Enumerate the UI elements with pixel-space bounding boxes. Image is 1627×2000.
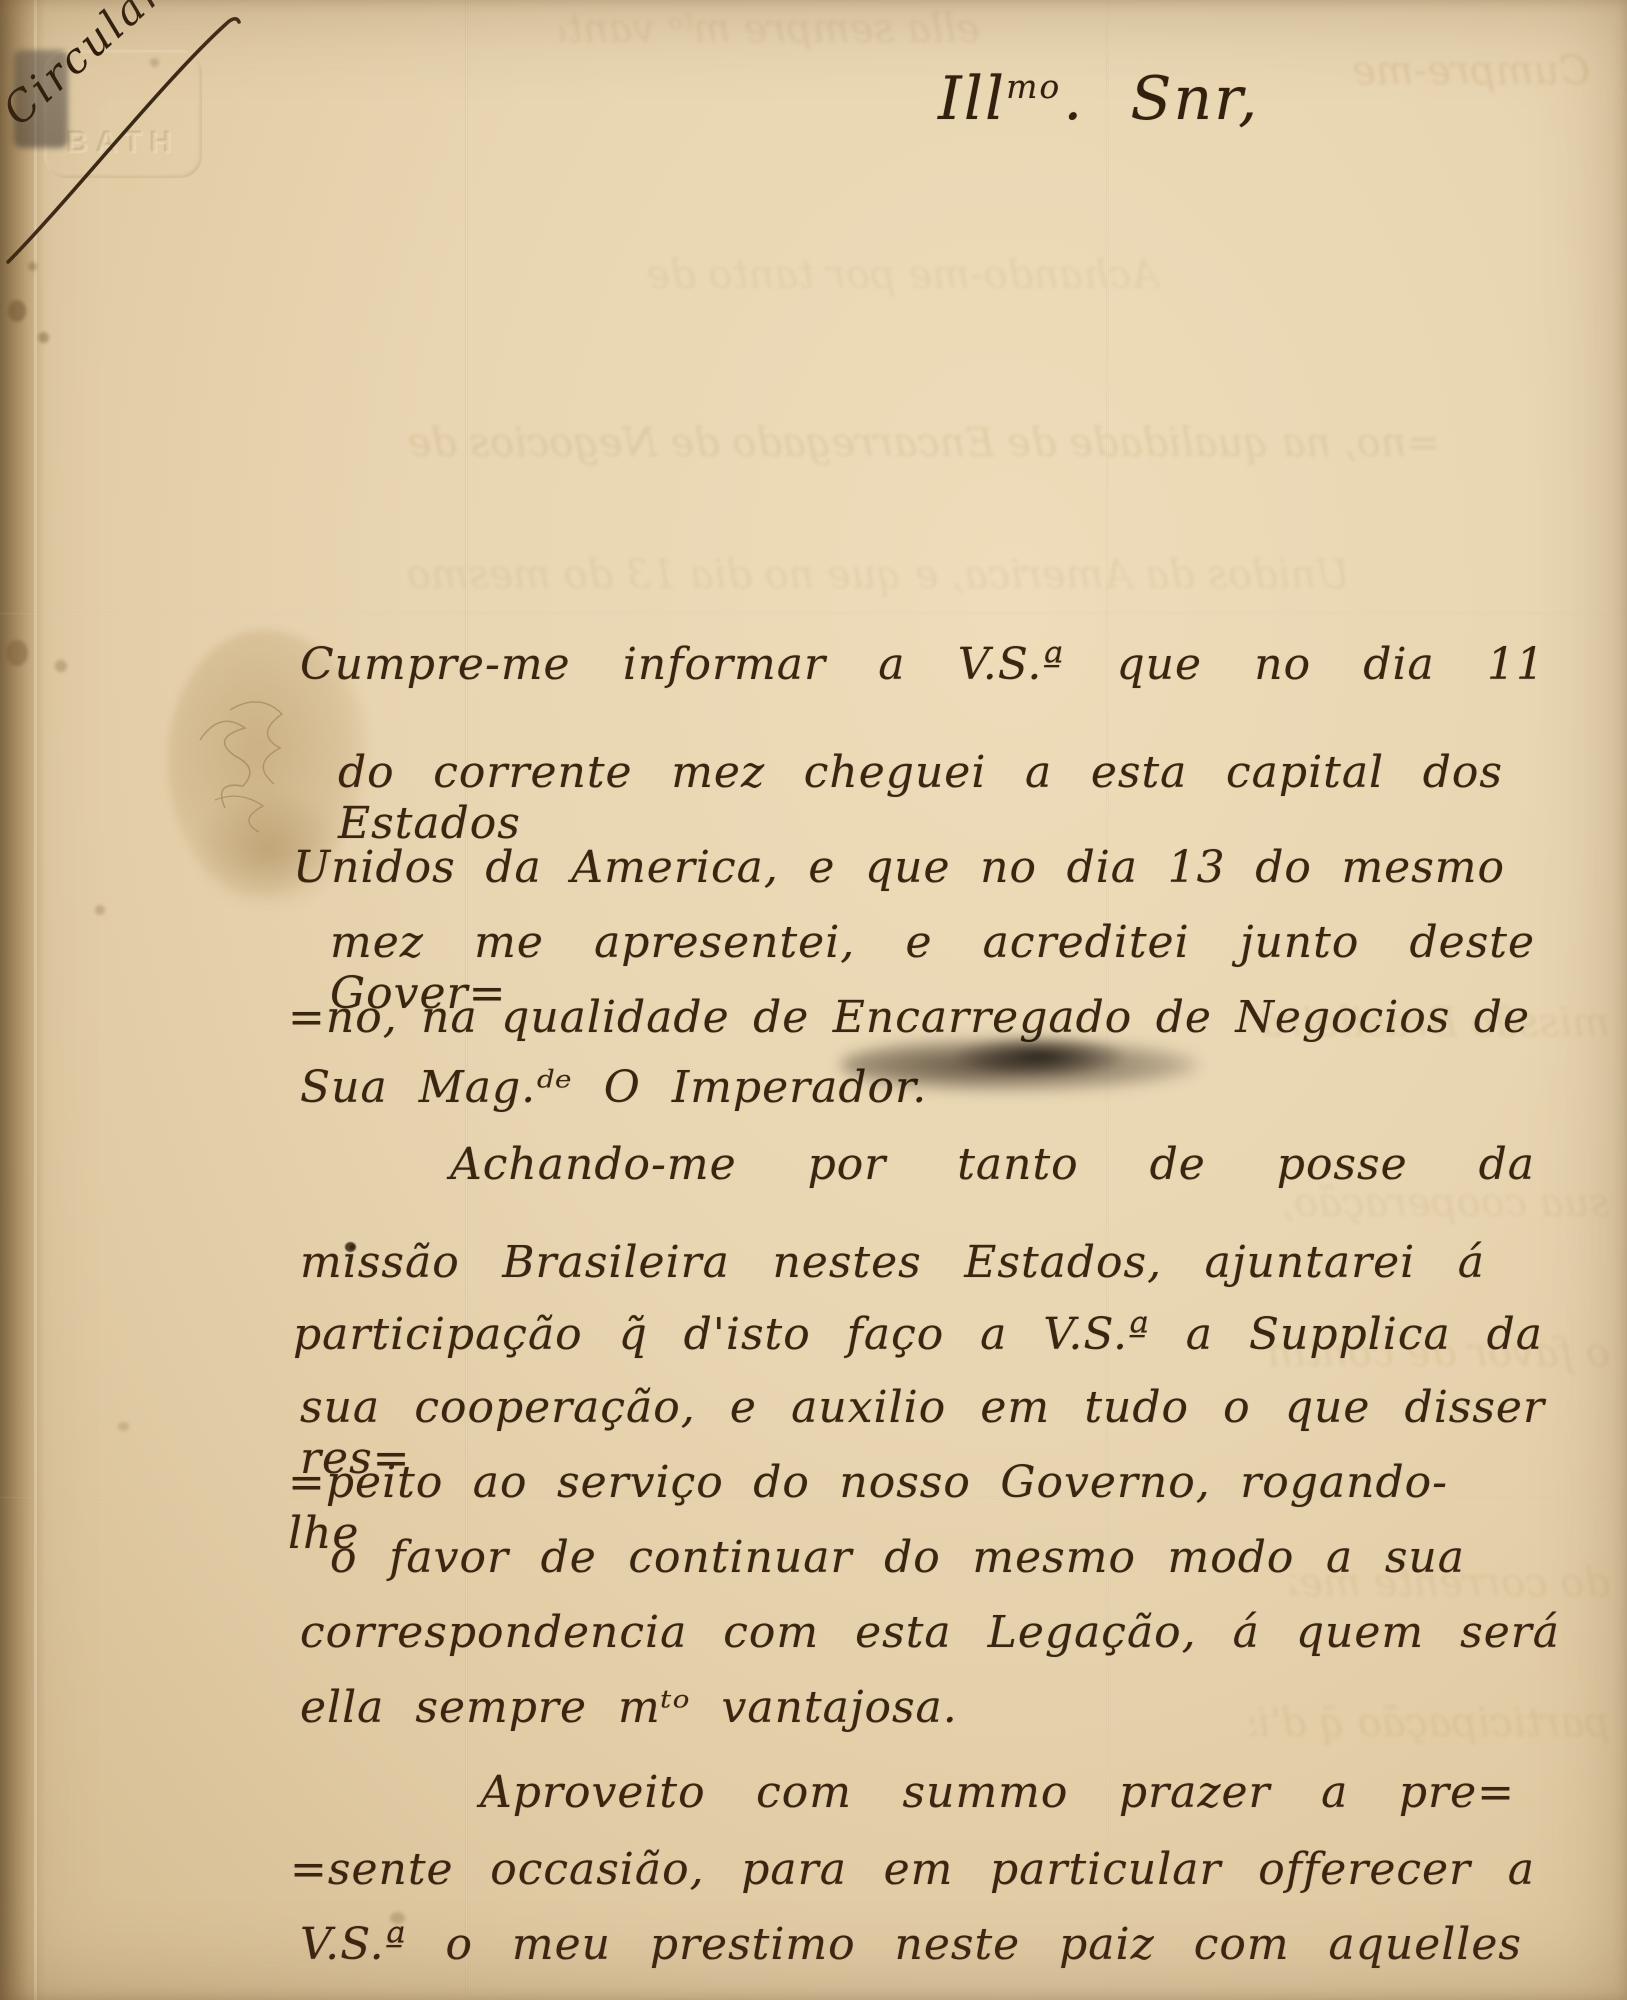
foxing-spot bbox=[6, 640, 28, 666]
salutation-snr: Snr, bbox=[1130, 64, 1259, 134]
manuscript-line: V.S.ª o meu prestimo neste paiz com aque… bbox=[300, 1920, 1522, 1971]
salutation: Illmo.Snr, bbox=[938, 64, 1259, 134]
manuscript-line: correspondencia com esta Legação, á quem… bbox=[300, 1608, 1560, 1659]
horizontal-fold-crease bbox=[0, 612, 1627, 615]
binding-edge bbox=[0, 0, 46, 2000]
foxing-spot bbox=[118, 1422, 129, 1431]
binding-edge-highlight bbox=[34, 0, 37, 2000]
manuscript-line: do corrente mez cheguei a esta capital d… bbox=[338, 748, 1503, 849]
manuscript-line: Cumpre-me informar a V.S.ª que no dia 11 bbox=[300, 640, 1545, 691]
manuscript-page: BATH Circular =no, na qualidade de Encar… bbox=[0, 0, 1627, 2000]
foxing-spot bbox=[8, 300, 26, 322]
foxing-spot bbox=[95, 905, 105, 915]
manuscript-line: Aproveito com summo prazer a pre= bbox=[480, 1768, 1515, 1819]
manuscript-line: Sua Mag.ᵈᵉ O Imperador. bbox=[300, 1063, 1200, 1114]
foxing-spot bbox=[38, 332, 49, 343]
bleedthrough-text: Achando-me por tanto de posse da bbox=[640, 252, 1160, 312]
salutation-ill: Ill bbox=[938, 64, 1006, 134]
bleedthrough-text: participação q̃ d'isto faço a V.S.ª a Su… bbox=[1250, 1700, 1610, 1760]
foxing-spot bbox=[55, 660, 67, 672]
manuscript-line: =sente occasião, para em particular offe… bbox=[290, 1845, 1535, 1896]
bleedthrough-text: ella sempre mᵗᵒ vantajosa. bbox=[560, 6, 980, 66]
manuscript-line: ella sempre mᵗᵒ vantajosa. bbox=[300, 1683, 1200, 1734]
manuscript-line: Achando-me por tanto de posse da bbox=[450, 1140, 1535, 1191]
salutation-dot: . bbox=[1063, 64, 1084, 134]
salutation-superscript: mo bbox=[1006, 67, 1061, 106]
manuscript-line: participação q̃ d'isto faço a V.S.ª a Su… bbox=[293, 1310, 1543, 1361]
manuscript-line: =no, na qualidade de Encarregado de Nego… bbox=[288, 993, 1530, 1044]
bleedthrough-text: Cumpre-me informar a V.S.ª que no dia 11 bbox=[1340, 48, 1590, 108]
bleedthrough-text: Unidos da America, e que no dia 13 do me… bbox=[250, 552, 1350, 612]
manuscript-line: Unidos da America, e que no dia 13 do me… bbox=[293, 843, 1505, 894]
manuscript-line: o favor de continuar do mesmo modo a sua bbox=[330, 1533, 1465, 1584]
bleedthrough-text: =no, na qualidade de Encarregado de Nego… bbox=[180, 420, 1440, 480]
circular-flourish-stroke bbox=[0, 0, 270, 280]
manuscript-line: missão Brasileira nestes Estados, ajunta… bbox=[300, 1238, 1485, 1289]
